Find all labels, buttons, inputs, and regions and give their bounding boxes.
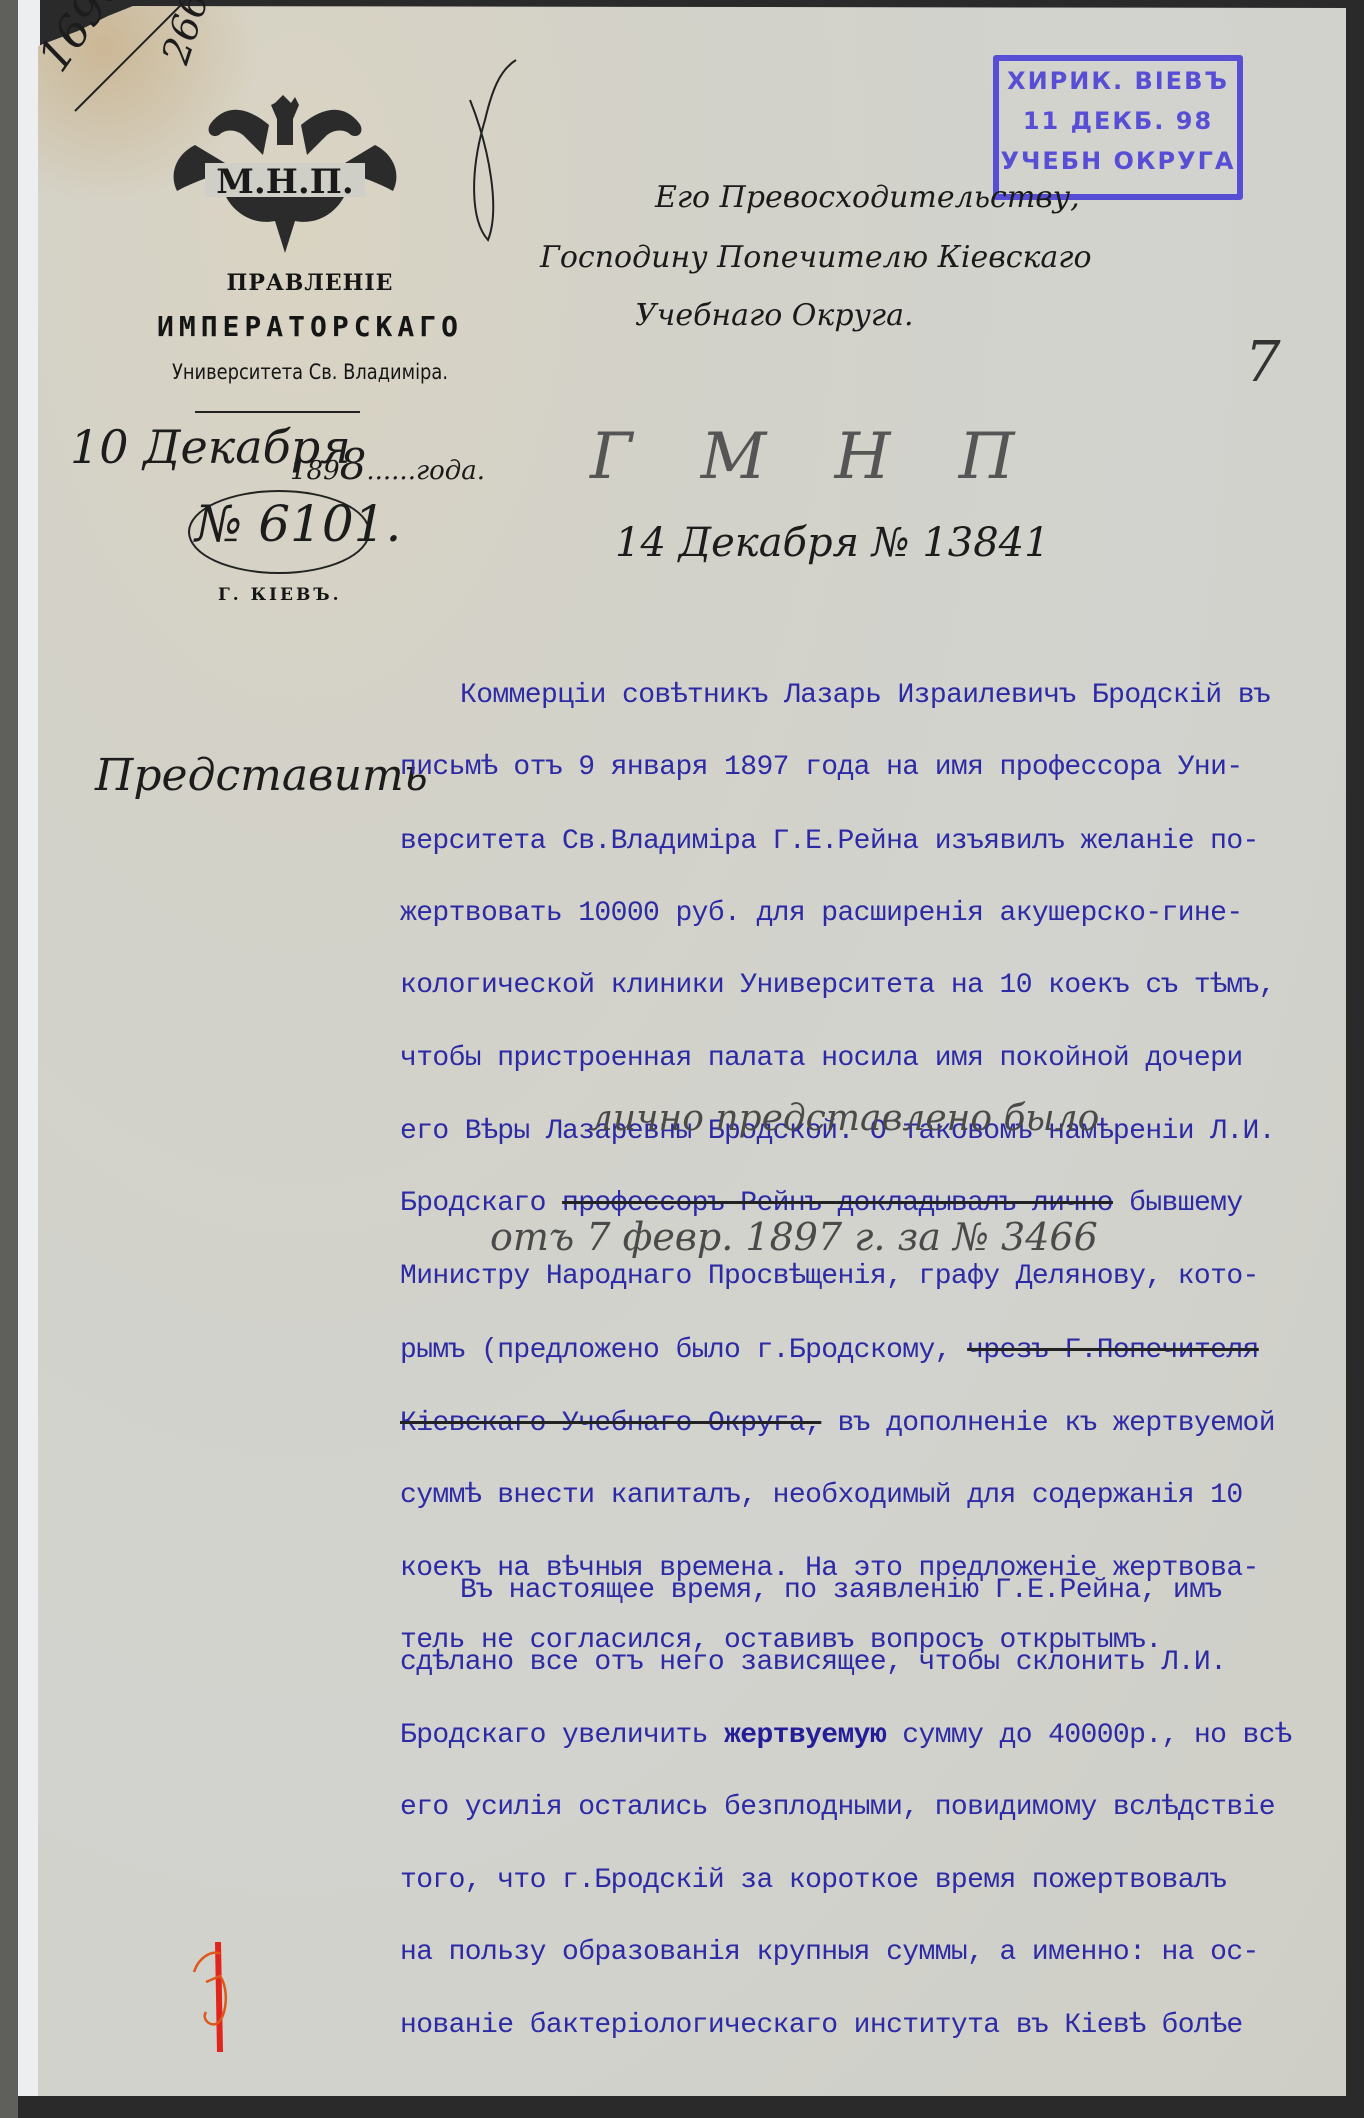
- crest-text: М.Н.П.: [216, 162, 353, 202]
- year-dots: ......: [366, 456, 416, 486]
- body-line: нованіе бактеріологическаго института въ…: [400, 2010, 1243, 2041]
- scanner-backing: [18, 0, 40, 2096]
- stamp-line-2: 11 ДЕКБ. 98: [999, 101, 1237, 141]
- body-line: того, что г.Бродскій за короткое время п…: [400, 1865, 1226, 1896]
- red-pencil-mark: [190, 1940, 230, 2055]
- body-line: кологической клиники Университета на 10 …: [400, 970, 1275, 1001]
- margin-resolution-note: Представить: [95, 750, 428, 801]
- line-text: Бродскаго увеличить: [400, 1720, 724, 1751]
- line-text: сумму до 40000р., но всѣ: [886, 1720, 1291, 1751]
- body-line: Кіевскаго Учебнаго Округа, въ дополненіе…: [400, 1408, 1275, 1439]
- body-line: верситета Св.Владиміра Г.Е.Рейна изъявил…: [400, 826, 1259, 857]
- body-line: Бродскаго увеличить жертвуемую сумму до …: [400, 1720, 1291, 1751]
- body-line: его усилія остались безплодными, повидим…: [400, 1792, 1275, 1823]
- letterhead-city: Г. КІЕВЪ.: [218, 585, 342, 605]
- letterhead-ornament: [195, 411, 360, 413]
- addressee-line-3: Учебнаго Округа.: [635, 298, 914, 333]
- handwritten-check-mark: [430, 30, 520, 255]
- body-line: на пользу образованія крупныя суммы, а и…: [400, 1937, 1259, 1968]
- body-line: чтобы пристроенная палата носила имя пок…: [400, 1043, 1243, 1074]
- addressee-line-1: Его Превосходительству,: [655, 180, 1080, 215]
- overtyped-text: жертвуемую: [724, 1720, 886, 1751]
- year-prefix: 189: [290, 456, 340, 486]
- body-line: Въ настоящее время, по заявленію Г.Е.Рей…: [460, 1575, 1222, 1606]
- page-number-handwritten: 7: [1245, 330, 1281, 395]
- stamp-line-3: УЧЕБН ОКРУГА: [999, 141, 1237, 181]
- line-text: рымъ (предложено было г.Бродскому,: [400, 1335, 967, 1366]
- struck-text: чрезъ Г.Попечителя: [967, 1335, 1259, 1366]
- year-word: года.: [416, 456, 485, 486]
- date-year-printed: 1898......года.: [290, 440, 485, 489]
- pencil-insert-1: лично представлено было: [590, 1098, 1099, 1139]
- body-line: жертвовать 10000 руб. для расширенія аку…: [400, 898, 1243, 929]
- double-headed-eagle-crest-icon: М.Н.П.: [165, 95, 405, 255]
- line-text: бывшему: [1113, 1188, 1243, 1219]
- year-suffix: 8: [340, 440, 367, 489]
- registration-note: 14 Декабря № 13841: [615, 520, 1050, 566]
- letterhead-title: ПРАВЛЕНІЕ: [100, 270, 520, 296]
- addressee-line-2: Господину Попечителю Кіевскаго: [540, 240, 1092, 275]
- stamp-line-1: ХИРИК. ВІЕВЪ: [999, 61, 1237, 101]
- outgoing-number: № 6101.: [195, 495, 401, 553]
- line-text: въ дополненіе къ жертвуемой: [821, 1408, 1275, 1439]
- body-line: суммѣ внести капиталъ, необходимый для с…: [400, 1480, 1243, 1511]
- pencil-insert-2: отъ 7 февр. 1897 г. за № 3466: [490, 1215, 1098, 1259]
- body-line: сдѣлано все отъ него зависящее, чтобы ск…: [400, 1647, 1226, 1678]
- body-line: Министру Народнаго Просвѣщенія, графу Де…: [400, 1261, 1259, 1292]
- letterhead-imperial: ИМПЕРАТОРСКАГО: [100, 310, 520, 343]
- body-line: Коммерціи совѣтникъ Лазарь Израилевичъ Б…: [460, 680, 1270, 711]
- received-stamp: ХИРИК. ВІЕВЪ 11 ДЕКБ. 98 УЧЕБН ОКРУГА: [993, 55, 1243, 200]
- body-line: рымъ (предложено было г.Бродскому, чрезъ…: [400, 1335, 1259, 1366]
- body-line: письмѣ отъ 9 января 1897 года на имя про…: [400, 752, 1243, 783]
- struck-text: Кіевскаго Учебнаго Округа,: [400, 1408, 821, 1439]
- letterhead-university: Университета Св. Владиміра.: [132, 360, 489, 384]
- scanner-edge-left: [0, 0, 18, 2118]
- pencil-header-gmnp: Г М Н П: [590, 420, 1039, 494]
